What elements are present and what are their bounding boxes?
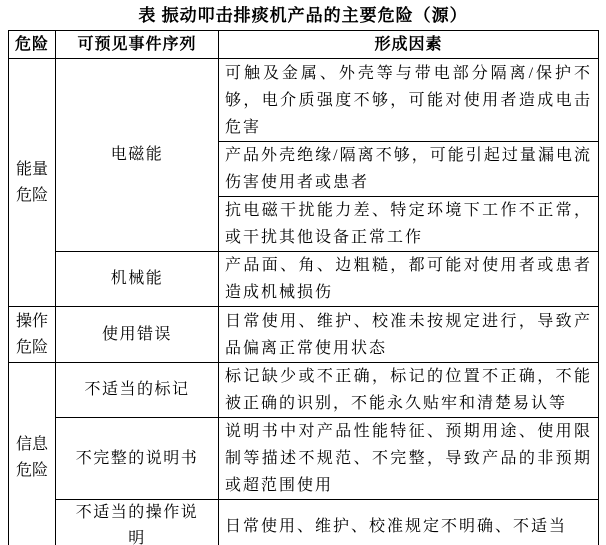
table-row: 机械能 产品面、角、边粗糙，都可能对使用者或患者造成机械损伤 [9, 252, 599, 307]
hazard-category-cell: 操作危险 [9, 307, 56, 363]
factor-cell: 可触及金属、外壳等与带电部分隔离/保护不够，电介质强度不够，可能对使用者造成电击… [219, 59, 599, 142]
col-header-forming-factor: 形成因素 [219, 31, 599, 59]
col-header-hazard: 危险 [9, 31, 56, 59]
factor-cell: 抗电磁干扰能力差、特定环境下工作不正常，或干扰其他设备正常工作 [219, 197, 599, 252]
event-sequence-cell: 使用错误 [56, 307, 219, 363]
table-row: 信息危险 不适当的标记 标记缺少或不正确，标记的位置不正确，不能被正确的识别，不… [9, 363, 599, 418]
table-title: 表 振动叩击排痰机产品的主要危险（源） [0, 0, 606, 27]
table-row: 不适当的操作说明 日常使用、维护、校准规定不明确、不适当 [9, 500, 599, 545]
table-row: 操作危险 使用错误 日常使用、维护、校准未按规定进行，导致产品偏离正常使用状态 [9, 307, 599, 363]
table-row: 能量危险 电磁能 可触及金属、外壳等与带电部分隔离/保护不够，电介质强度不够，可… [9, 59, 599, 142]
hazard-category-cell: 能量危险 [9, 59, 56, 307]
event-sequence-cell: 不适当的操作说明 [56, 500, 219, 545]
factor-cell: 标记缺少或不正确，标记的位置不正确，不能被正确的识别，不能永久贴牢和清楚易认等 [219, 363, 599, 418]
header-row: 危险 可预见事件序列 形成因素 [9, 31, 599, 59]
col-header-event-sequence: 可预见事件序列 [56, 31, 219, 59]
event-sequence-cell: 不完整的说明书 [56, 418, 219, 500]
event-sequence-cell: 电磁能 [56, 59, 219, 252]
event-sequence-cell: 机械能 [56, 252, 219, 307]
factor-cell: 日常使用、维护、校准未按规定进行，导致产品偏离正常使用状态 [219, 307, 599, 363]
factor-cell: 说明书中对产品性能特征、预期用途、使用限制等描述不规范、不完整，导致产品的非预期… [219, 418, 599, 500]
document-page: 表 振动叩击排痰机产品的主要危险（源） 危险 可预见事件序列 形成因素 能量危险… [0, 0, 606, 545]
factor-cell: 产品面、角、边粗糙，都可能对使用者或患者造成机械损伤 [219, 252, 599, 307]
hazard-category-cell: 信息危险 [9, 363, 56, 545]
table-row: 不完整的说明书 说明书中对产品性能特征、预期用途、使用限制等描述不规范、不完整，… [9, 418, 599, 500]
event-sequence-cell: 不适当的标记 [56, 363, 219, 418]
factor-cell: 日常使用、维护、校准规定不明确、不适当 [219, 500, 599, 545]
factor-cell: 产品外壳绝缘/隔离不够，可能引起过量漏电流伤害使用者或患者 [219, 142, 599, 197]
risk-table: 危险 可预见事件序列 形成因素 能量危险 电磁能 可触及金属、外壳等与带电部分隔… [8, 30, 599, 545]
